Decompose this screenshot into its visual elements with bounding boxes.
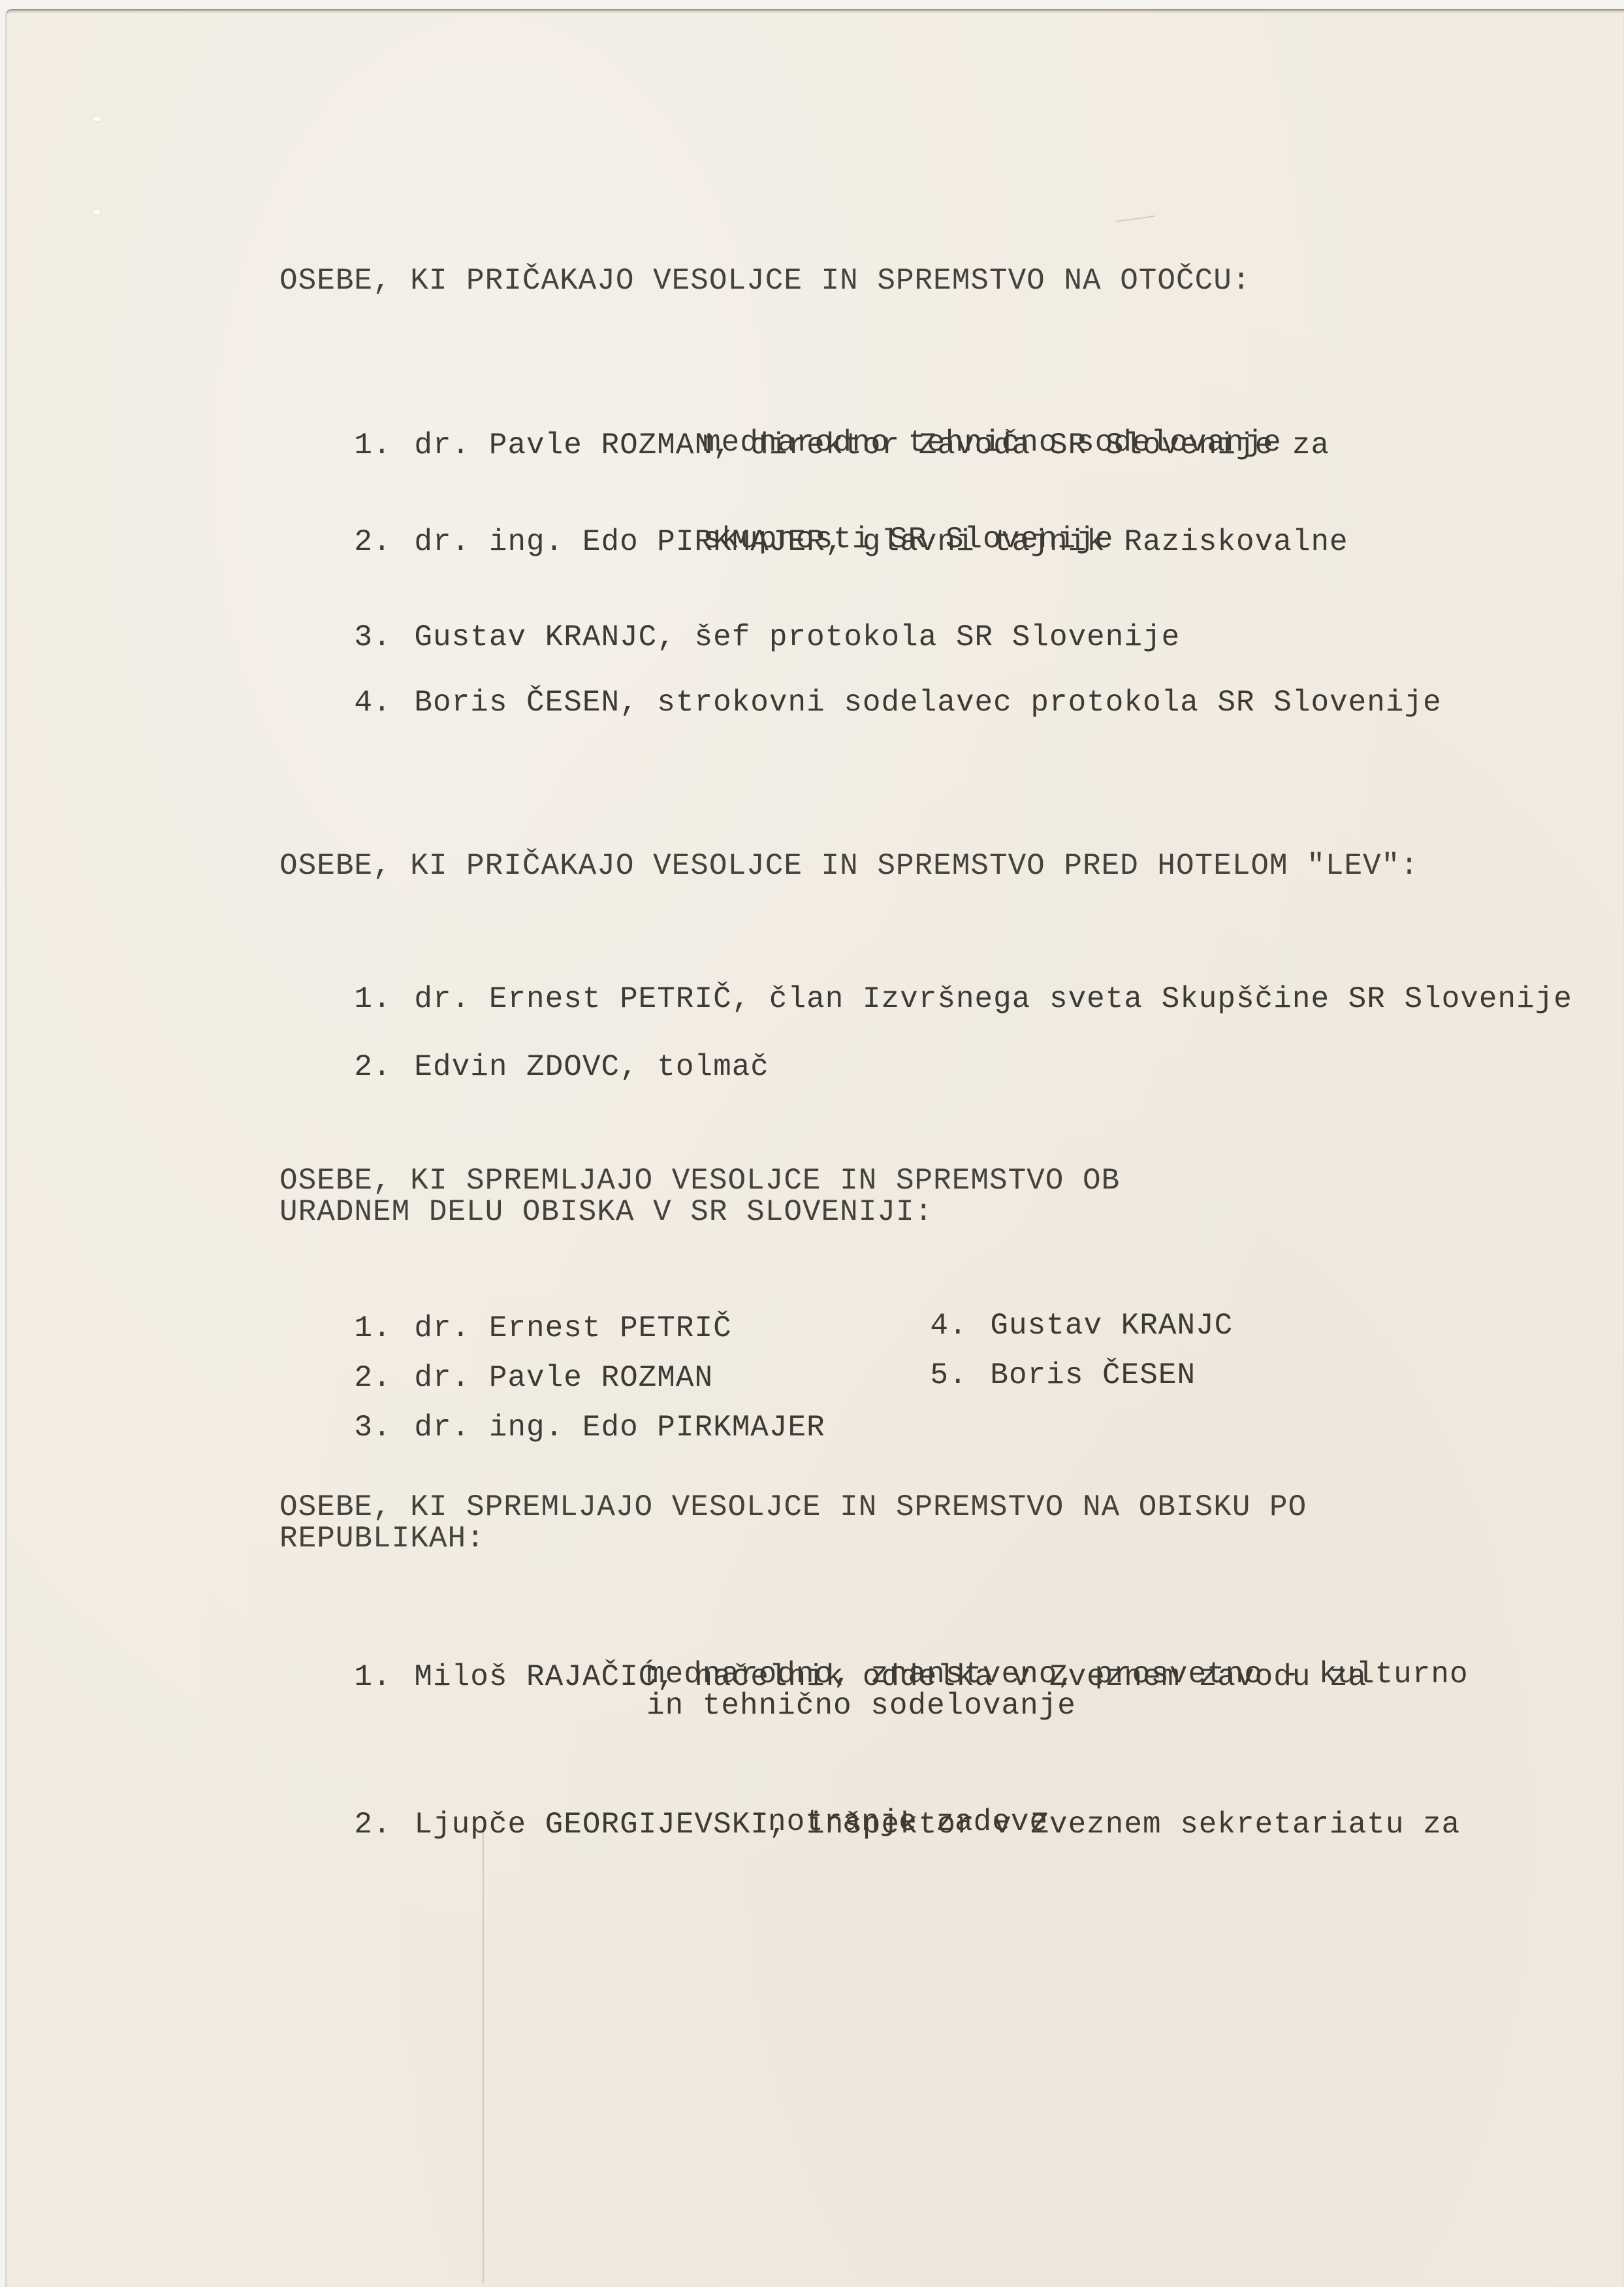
item-number: 2.	[354, 1808, 414, 1842]
section-heading-official-visit-line1: OSEBE, KI SPREMLJAJO VESOLJCE IN SPREMST…	[279, 1164, 1120, 1198]
item-number: 3.	[354, 1411, 414, 1445]
list-item: 3.dr. ing. Edo PIRKMAJER	[279, 1377, 825, 1479]
item-text: dr. Ernest PETRIČ, član Izvršnega sveta …	[414, 982, 1572, 1016]
list-item: 4.Boris ČESEN, strokovni sodelavec proto…	[279, 652, 1442, 754]
item-continuation: mednarodno tehnično sodelovanje	[703, 426, 1282, 460]
item-number: 1.	[354, 428, 414, 462]
item-text: dr. ing. Edo PIRKMAJER	[414, 1411, 825, 1445]
section-heading-hotel-lev: OSEBE, KI PRIČAKAJO VESOLJCE IN SPREMSTV…	[279, 849, 1419, 883]
item-number: 3.	[354, 620, 414, 654]
section-heading-official-visit-line2: URADNEM DELU OBISKA V SR SLOVENIJI:	[279, 1195, 933, 1229]
item-continuation: in tehnično sodelovanje	[646, 1689, 1076, 1723]
item-number: 2.	[354, 525, 414, 559]
item-number: 1.	[354, 982, 414, 1016]
section-heading-republics-line1: OSEBE, KI SPREMLJAJO VESOLJCE IN SPREMST…	[279, 1490, 1307, 1524]
typed-document: OSEBE, KI PRIČAKAJO VESOLJCE IN SPREMSTV…	[0, 0, 1624, 2287]
item-text: Boris ČESEN, strokovni sodelavec protoko…	[414, 686, 1441, 720]
item-number: 5.	[930, 1358, 990, 1392]
item-text: Gustav KRANJC, šef protokola SR Slovenij…	[414, 620, 1180, 654]
item-number: 2.	[354, 1050, 414, 1084]
section-heading-otocec: OSEBE, KI PRIČAKAJO VESOLJCE IN SPREMSTV…	[279, 264, 1250, 298]
list-item: 5.Boris ČESEN	[855, 1324, 1196, 1426]
list-item: 2.Edvin ZDOVC, tolmač	[279, 1016, 769, 1118]
section-heading-republics-line2: REPUBLIKAH:	[279, 1522, 485, 1556]
item-text: Boris ČESEN	[990, 1358, 1196, 1392]
item-continuation: mednarodno, znanstveno, prosvetno - kult…	[646, 1657, 1469, 1691]
item-number: 4.	[354, 686, 414, 720]
item-continuation: notranje zadeve	[768, 1805, 1048, 1839]
item-text: Edvin ZDOVC, tolmač	[414, 1050, 769, 1084]
item-continuation: skupnosti SR Slovenije	[703, 522, 1113, 556]
item-number: 1.	[354, 1660, 414, 1694]
